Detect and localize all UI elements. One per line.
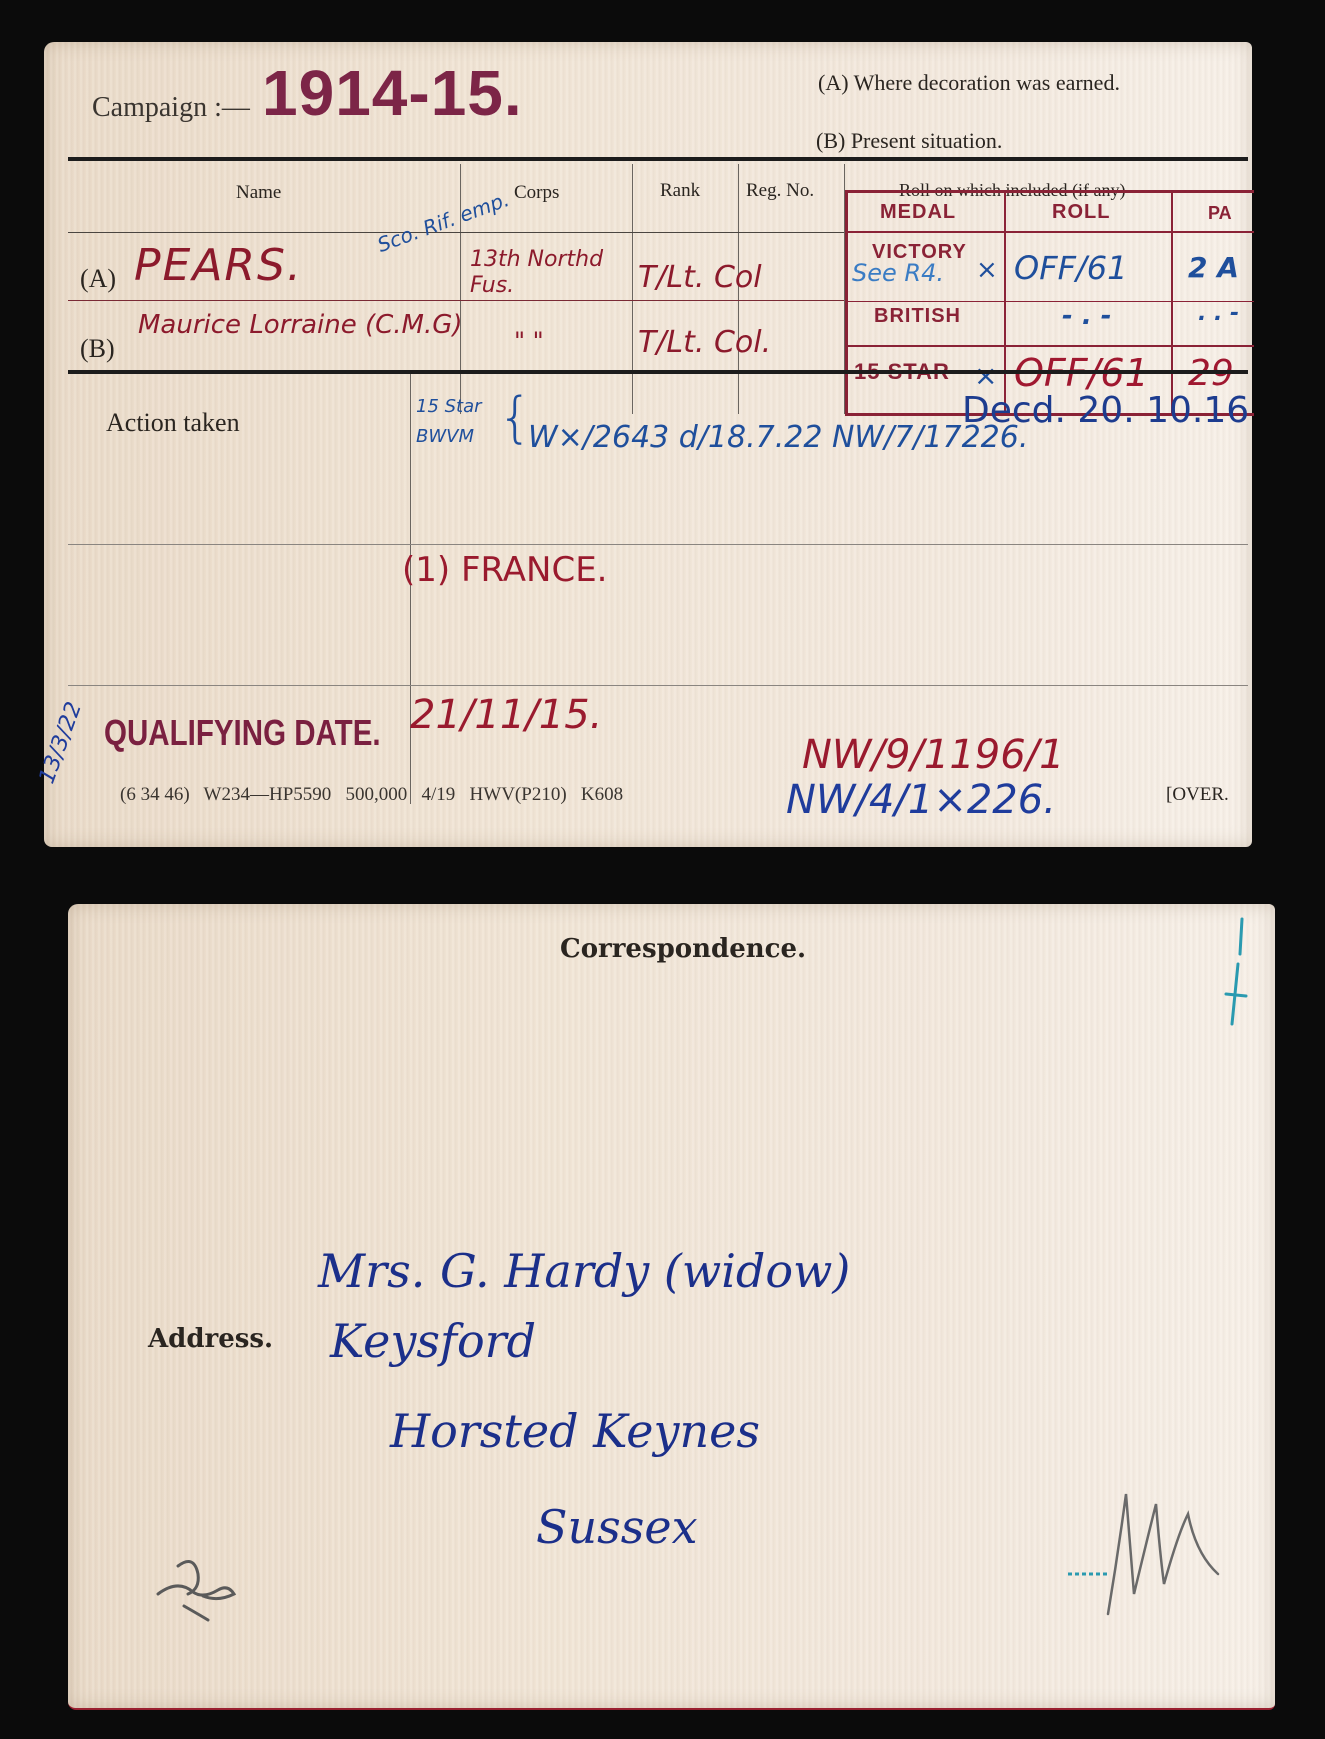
deceased-note: Decd. 20. 10.16 [962, 390, 1249, 431]
reference-red: NW/9/1196/1 [802, 732, 1065, 778]
legend-b: (B) Present situation. [816, 128, 1002, 154]
theatre-value: (1) FRANCE. [402, 550, 608, 590]
header-name: Name [236, 182, 281, 204]
margin-date: 13/3/22 [35, 699, 87, 787]
header-rank: Rank [660, 180, 700, 202]
divider-table-bottom [68, 370, 1248, 374]
row-a-rank: T/Lt. Col [638, 260, 762, 295]
qualifying-date-value: 21/11/15. [410, 692, 602, 738]
row-b-rank: T/Lt. Col. [638, 325, 771, 360]
address-line-1: Mrs. G. Hardy (widow) [318, 1244, 850, 1298]
address-line-3: Horsted Keynes [390, 1404, 760, 1458]
page-header: PA [1208, 203, 1232, 224]
col-divider-rank [632, 164, 633, 414]
medal-index-card-back: Correspondence. Address. Mrs. G. Hardy (… [68, 904, 1275, 1710]
legend-a: (A) Where decoration was earned. [818, 70, 1120, 96]
row-b-corps: " " [514, 327, 544, 355]
medal-index-card-front: Campaign :— 1914-15. (A) Where decoratio… [44, 42, 1252, 847]
victory-roll: OFF/61 [1014, 249, 1128, 287]
qualifying-date-label: QUALIFYING DATE. [104, 712, 381, 754]
medal-roll-row-line [848, 345, 1254, 347]
medal-british: BRITISH [874, 305, 961, 328]
victory-mark: × [976, 255, 998, 285]
address-line-2: Keysford [330, 1314, 536, 1368]
medal-roll-stamp: MEDAL ROLL PA VICTORY See R4. × OFF/61 2… [845, 190, 1254, 416]
address-label: Address. [148, 1324, 273, 1354]
row-a-name: PEARS. [134, 240, 303, 291]
medal-header: MEDAL [880, 201, 956, 224]
row-b-label: (B) [80, 334, 115, 364]
row-b-name: Maurice Lorraine (C.M.G) [138, 310, 463, 340]
teal-mark-icon [1218, 914, 1258, 1044]
roll-header: ROLL [1052, 201, 1110, 224]
pencil-initials-left-icon [148, 1554, 238, 1624]
reference-blue: NW/4/1×226. [786, 777, 1056, 823]
bracket-line-2: BWVM [416, 422, 482, 452]
header-reg-no: Reg. No. [746, 180, 814, 202]
row-line-2 [68, 300, 844, 301]
star-mark: × [974, 359, 997, 392]
header-corps: Corps [514, 182, 559, 204]
action-medals-bracket: 15 Star BWVM [416, 392, 482, 452]
medal-roll-header-line [848, 231, 1254, 233]
correspondence-title: Correspondence. [560, 934, 806, 964]
pencil-initials-right-icon [1068, 1474, 1228, 1624]
medal-roll-col-divider-1 [1004, 193, 1006, 413]
divider-action [68, 544, 1248, 545]
divider-top [68, 157, 1248, 161]
row-a-corps: 13th Northd Fus. [470, 247, 630, 299]
address-line-4: Sussex [536, 1500, 698, 1554]
british-roll: - . - [1062, 301, 1112, 331]
action-entry: W×/2643 d/18.7.22 NW/7/17226. [528, 420, 1028, 455]
over-note: [OVER. [1166, 784, 1229, 806]
action-taken-label: Action taken [106, 408, 240, 438]
print-code: (6 34 46) W234—HP5590 500,000 4/19 HWV(P… [120, 784, 623, 806]
bracket-line-1: 15 Star [416, 392, 482, 422]
campaign-value-stamp: 1914-15. [262, 56, 523, 130]
divider-theatre [68, 685, 1248, 686]
victory-page: 2 A [1188, 251, 1239, 284]
victory-annotation: See R4. [852, 259, 944, 287]
medal-roll-mid-line [848, 301, 1254, 302]
british-page: . . - [1198, 301, 1239, 326]
medal-roll-col-divider-2 [1171, 193, 1173, 413]
row-line-1 [68, 232, 844, 233]
row-a-label: (A) [80, 264, 116, 294]
campaign-label: Campaign :— [92, 92, 250, 124]
